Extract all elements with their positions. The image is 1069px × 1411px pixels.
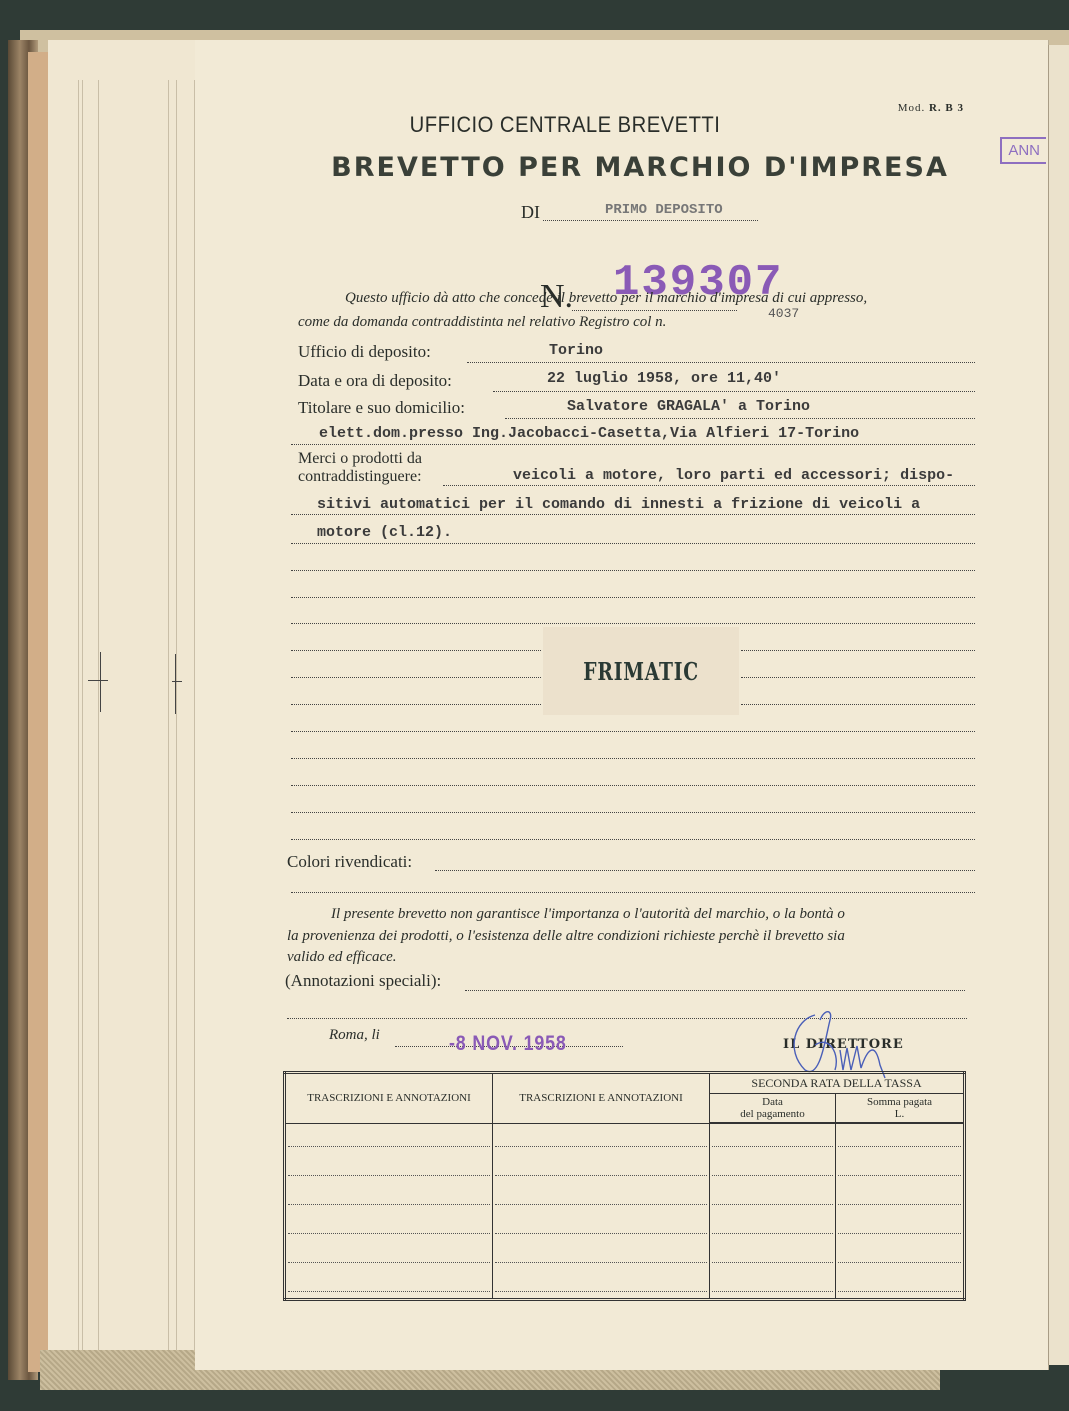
- model-code: Mod. R. B 3: [898, 102, 964, 114]
- deposit-datetime-label: Data e ora di deposito:: [298, 371, 452, 391]
- adjacent-page-edge: [1048, 45, 1069, 1365]
- di-label: DI: [521, 202, 540, 223]
- deposit-office-label: Ufficio di deposito:: [298, 342, 431, 362]
- trademark-label-paste: FRIMATIC: [543, 627, 739, 715]
- register-number: 4037: [768, 306, 799, 321]
- dotted-line: [443, 485, 975, 486]
- holder-value-line-2: elett.dom.presso Ing.Jacobacci-Casetta,V…: [319, 425, 859, 442]
- table-row: [285, 1123, 965, 1153]
- signature-icon: [785, 1010, 925, 1080]
- disclaimer-line-1: Il presente brevetto non garantisce l'im…: [331, 906, 845, 923]
- disclaimer-line-2: la provenienza dei prodotti, o l'esisten…: [287, 928, 845, 945]
- office-title: UFFICIO CENTRALE BREVETTI: [225, 112, 906, 138]
- dotted-line: [465, 990, 965, 991]
- dotted-line: [291, 650, 541, 651]
- dotted-line: [291, 731, 975, 732]
- goods-label-line-2: contraddistinguere:: [298, 468, 422, 486]
- special-notes-label: (Annotazioni speciali):: [285, 971, 441, 991]
- dotted-line: [291, 704, 541, 705]
- preamble-line-2: come da domanda contraddistinta nel rela…: [298, 314, 666, 331]
- colors-claimed-label: Colori rivendicati:: [287, 852, 412, 872]
- dotted-line: [291, 758, 975, 759]
- dotted-line: [291, 812, 975, 813]
- payment-date-header: Data del pagamento: [710, 1094, 836, 1124]
- deposit-office-value: Torino: [549, 342, 603, 359]
- spine-edge: [28, 52, 50, 1372]
- goods-value-line-2: sitivi automatici per il comando di inne…: [317, 496, 920, 513]
- deposit-datetime-value: 22 luglio 1958, ore 11,40': [547, 370, 781, 387]
- dotted-line: [493, 391, 975, 392]
- table-row: [285, 1153, 965, 1182]
- patent-certificate-page: Mod. R. B 3 ANN UFFICIO CENTRALE BREVETT…: [195, 40, 1048, 1370]
- dotted-line: [741, 704, 975, 705]
- dotted-line: [741, 650, 975, 651]
- col-transcriptions-1: TRASCRIZIONI E ANNOTAZIONI: [285, 1073, 493, 1124]
- goods-label-line-1: Merci o prodotti da: [298, 450, 422, 468]
- deposit-type: PRIMO DEPOSITO: [605, 202, 723, 218]
- table-row: [285, 1182, 965, 1211]
- col-transcriptions-2: TRASCRIZIONI E ANNOTAZIONI: [493, 1073, 710, 1124]
- dotted-line: [291, 597, 975, 598]
- dotted-line: [291, 570, 975, 571]
- dotted-line: [291, 514, 975, 515]
- dotted-line: [467, 362, 975, 363]
- di-dotted-line: [543, 220, 758, 221]
- dotted-line: [291, 444, 975, 445]
- dotted-line: [505, 418, 975, 419]
- amount-paid-header: Somma pagata L.: [836, 1094, 965, 1124]
- table-row: [285, 1240, 965, 1269]
- trademark-name: FRIMATIC: [583, 657, 699, 686]
- number-dotted-line: [572, 310, 737, 311]
- date-stamp: -8 NOV. 1958: [449, 1032, 567, 1056]
- dotted-line: [291, 623, 975, 624]
- annulled-stamp: ANN: [1000, 137, 1046, 164]
- dotted-line: [741, 677, 975, 678]
- dotted-line: [291, 677, 541, 678]
- goods-value-line-1: veicoli a motore, loro parti ed accessor…: [513, 467, 954, 484]
- document-title: BREVETTO PER MARCHIO D'IMPRESA: [295, 152, 985, 183]
- dotted-line: [291, 892, 975, 893]
- holder-label: Titolare e suo domicilio:: [298, 398, 465, 418]
- transcriptions-table: TRASCRIZIONI E ANNOTAZIONI TRASCRIZIONI …: [283, 1071, 966, 1301]
- holder-value-line-1: Salvatore GRAGALA' a Torino: [567, 398, 810, 415]
- second-installment-header: SECONDA RATA DELLA TASSA: [710, 1073, 965, 1094]
- place-label: Roma, li: [329, 1027, 380, 1044]
- dotted-line: [291, 543, 975, 544]
- goods-value-line-3: motore (cl.12).: [317, 524, 452, 541]
- table-row: [285, 1211, 965, 1240]
- disclaimer-line-3: valido ed efficace.: [287, 949, 397, 966]
- dotted-line: [291, 839, 975, 840]
- dotted-line: [291, 785, 975, 786]
- table-row: [285, 1269, 965, 1300]
- dotted-line: [435, 870, 975, 871]
- preamble-line-1: Questo ufficio dà atto che concede il br…: [345, 290, 867, 307]
